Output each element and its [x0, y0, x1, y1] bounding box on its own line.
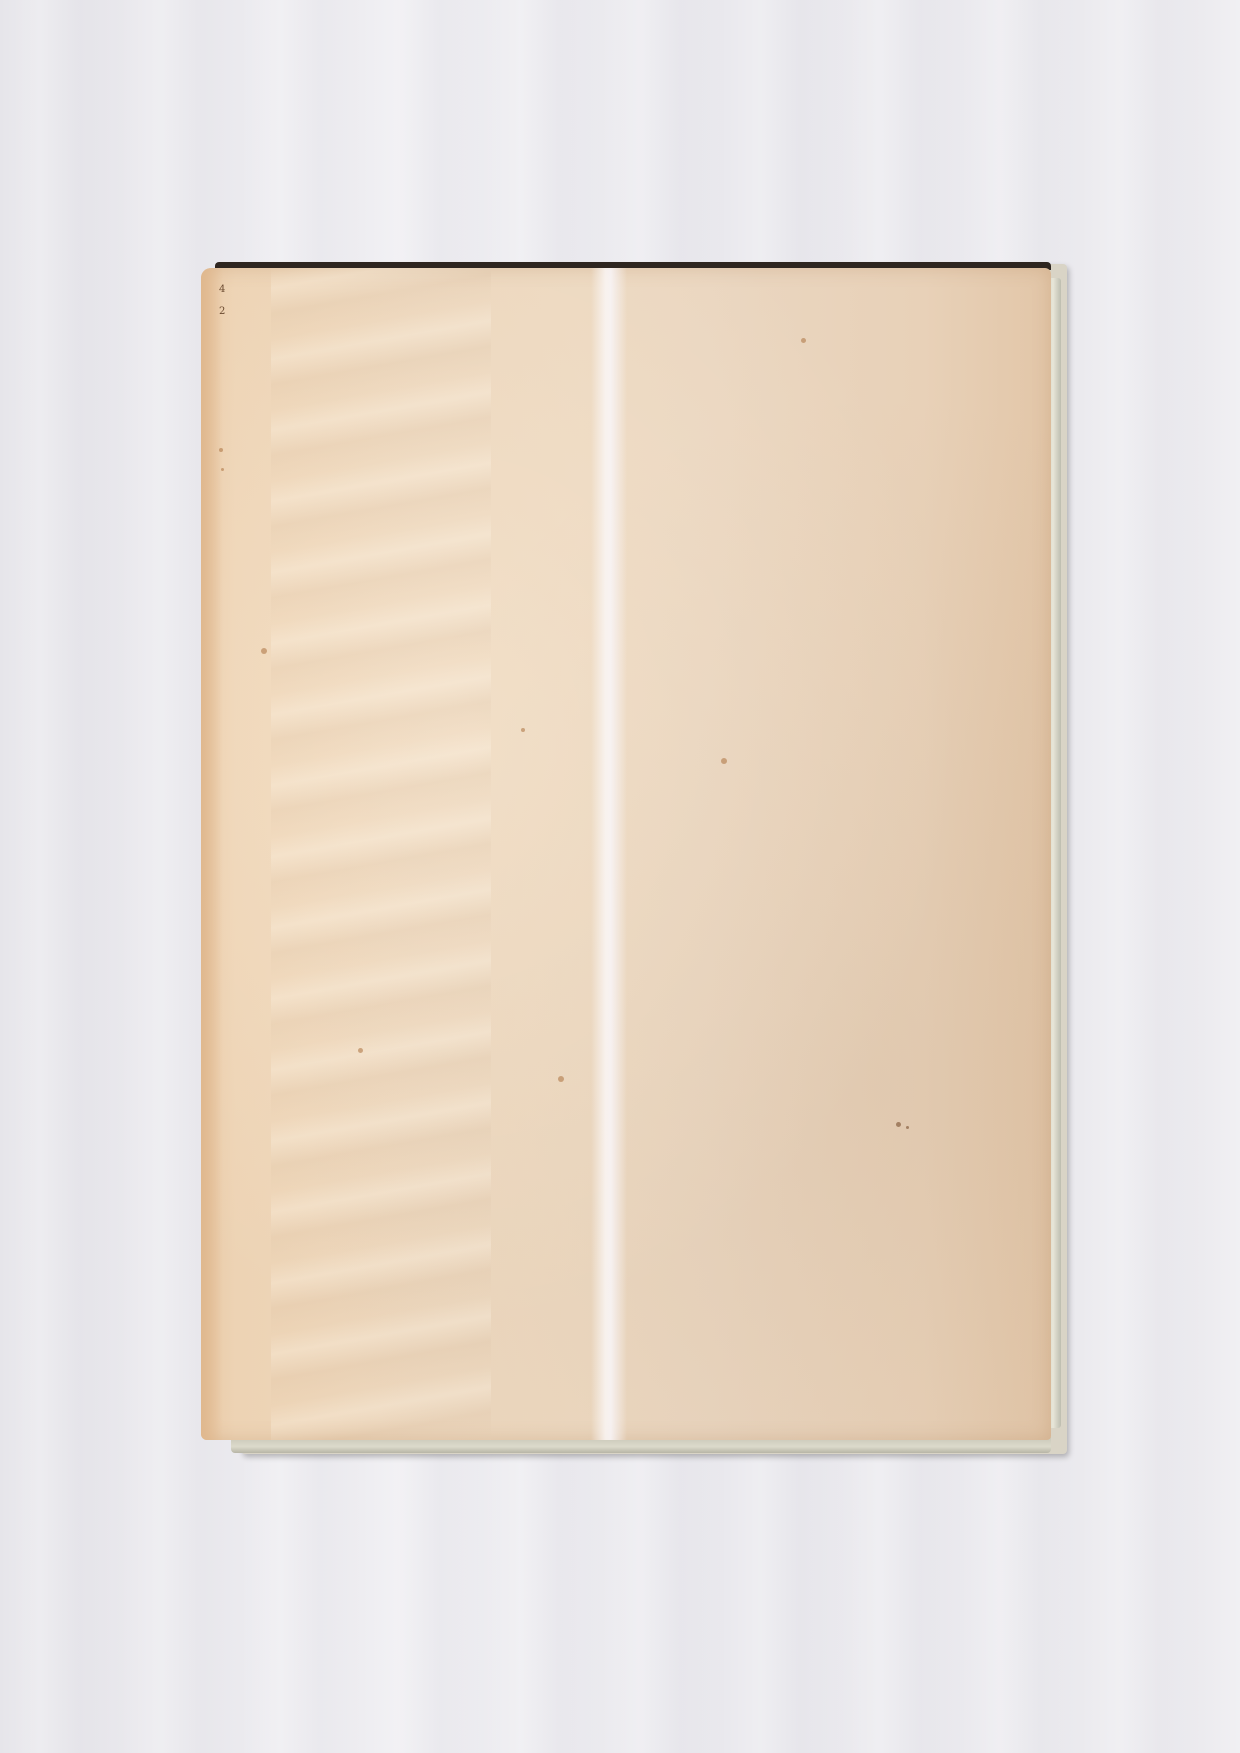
foxing-spot	[221, 468, 224, 471]
foxing-spot	[721, 758, 727, 764]
corner-mark: 4	[219, 284, 225, 295]
cover-left-edge	[201, 268, 223, 1440]
foxing-spot	[358, 1048, 363, 1053]
book-cover: 4 2	[201, 268, 1051, 1440]
foxing-spot	[219, 448, 223, 452]
foxing-spot	[896, 1122, 901, 1127]
foxing-spot	[521, 728, 525, 732]
scanner-glare-stripe	[591, 268, 627, 1440]
corner-mark: 2	[219, 306, 225, 317]
book: 4 2	[201, 262, 1063, 1457]
foxing-spot	[906, 1126, 909, 1129]
cover-wrinkles	[271, 268, 491, 1440]
foxing-spot	[558, 1076, 564, 1082]
foxing-spot	[801, 338, 806, 343]
foxing-spot	[261, 648, 267, 654]
